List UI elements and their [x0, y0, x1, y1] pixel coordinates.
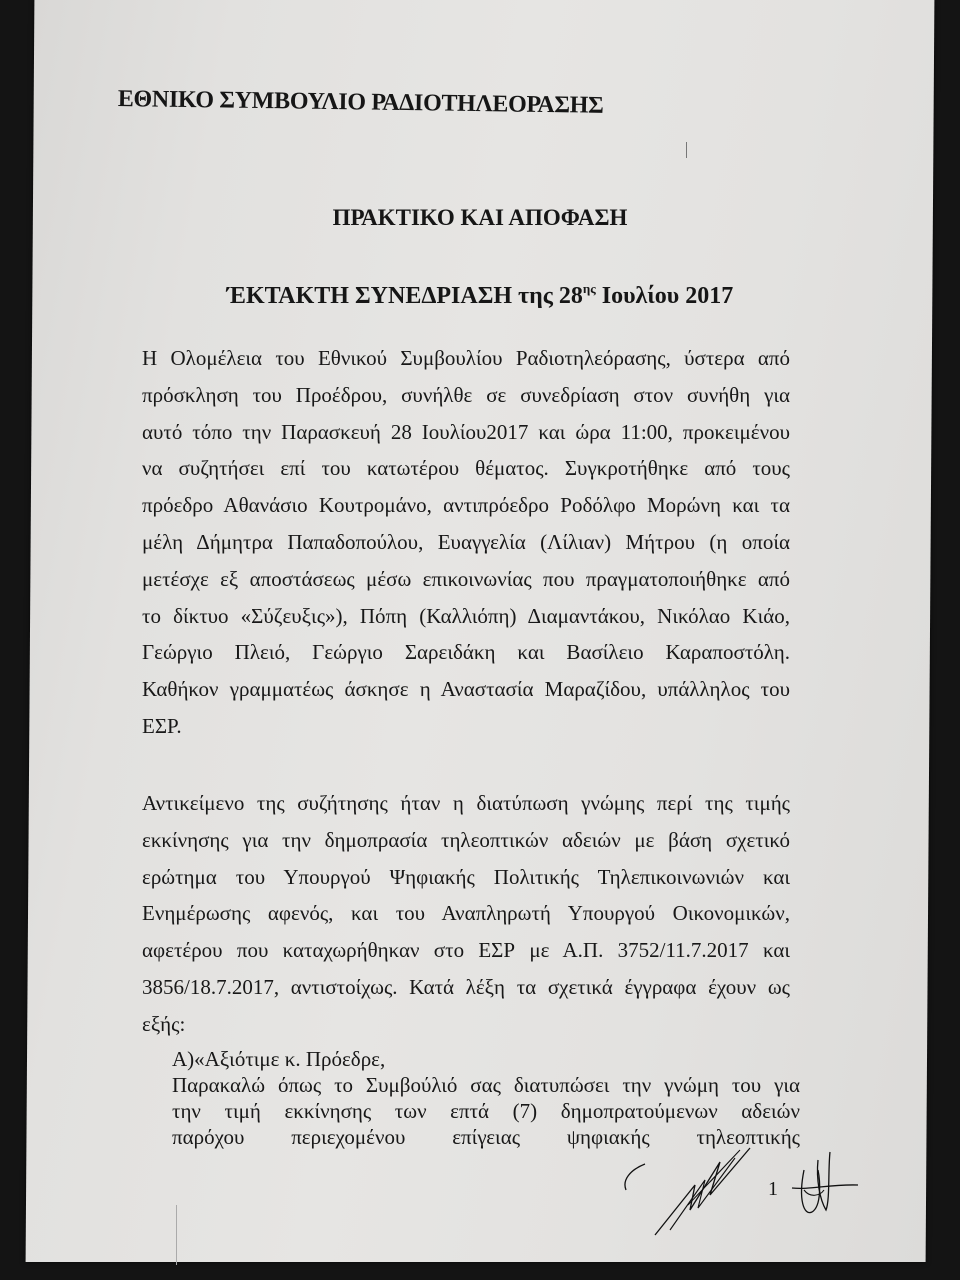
- text-line: Αντικείμενο της συζήτησης ήταν η διατύπω…: [142, 785, 790, 822]
- text-line: Ενημέρωσης αφενός, και του Αναπληρωτή Υπ…: [142, 895, 790, 932]
- text-line: εκκίνησης για την δημοπρασία τηλεοπτικών…: [142, 822, 790, 859]
- margin-mark: [176, 1205, 177, 1265]
- text-line: Α)«Αξιότιμε κ. Πρόεδρε,: [172, 1046, 800, 1072]
- text-line: Καθήκον γραμματέως άσκησε η Αναστασία Μα…: [142, 671, 790, 708]
- text-line: ΕΣΡ.: [142, 708, 790, 745]
- text-line: ερώτημα του Υπουργού Ψηφιακής Πολιτικής …: [142, 859, 790, 896]
- page-number: 1: [768, 1178, 778, 1201]
- text-line: Η Ολομέλεια του Εθνικού Συμβουλίου Ραδιο…: [142, 340, 790, 377]
- paragraph-attendance: Η Ολομέλεια του Εθνικού Συμβουλίου Ραδιο…: [142, 340, 790, 745]
- quoted-letter: Α)«Αξιότιμε κ. Πρόεδρε, Παρακαλώ όπως το…: [172, 1046, 800, 1150]
- text-line: να συζητήσει επί του κατωτέρου θέματος. …: [142, 450, 790, 487]
- text-line: Γεώργιο Πλειό, Γεώργιο Σαρειδάκη και Βασ…: [142, 634, 790, 671]
- session-heading: ΈΚΤΑΚΤΗ ΣΥΝΕΔΡΙΑΣΗ της 28ης Ιουλίου 2017: [0, 281, 960, 310]
- signature-right-icon: [790, 1140, 860, 1220]
- session-date-suffix: Ιουλίου 2017: [596, 283, 733, 309]
- text-line: Παρακαλώ όπως το Συμβούλιό σας διατυπώσε…: [172, 1072, 800, 1098]
- text-line: την τιμή εκκίνησης των επτά (7) δημοπρατ…: [172, 1098, 800, 1124]
- text-line: το δίκτυο «Σύζευξις»), Πόπη (Καλλιόπη) Δ…: [142, 598, 790, 635]
- margin-mark: [686, 142, 687, 158]
- text-line: αφετέρου που καταχωρήθηκαν στο ΕΣΡ με Α.…: [142, 932, 790, 969]
- signature-left-icon: [610, 1140, 760, 1250]
- text-line: 3856/18.7.2017, αντιστοίχως. Κατά λέξη τ…: [142, 969, 790, 1006]
- text-line: μετέσχε εξ αποστάσεως μέσω επικοινωνίας …: [142, 561, 790, 598]
- session-date-prefix: ΈΚΤΑΚΤΗ ΣΥΝΕΔΡΙΑΣΗ της 28: [227, 283, 583, 309]
- ordinal-suffix: ης: [583, 281, 596, 296]
- document-title: ΠΡΑΚΤΙΚΟ ΚΑΙ ΑΠΟΦΑΣΗ: [0, 205, 960, 231]
- text-line: εξής:: [142, 1006, 790, 1043]
- text-line: αυτό τόπο την Παρασκευή 28 Ιουλίου2017 κ…: [142, 414, 790, 451]
- text-line: μέλη Δήμητρα Παπαδοπούλου, Ευαγγελία (Λί…: [142, 524, 790, 561]
- text-line: πρόσκληση του Προέδρου, συνήλθε σε συνεδ…: [142, 377, 790, 414]
- paragraph-subject: Αντικείμενο της συζήτησης ήταν η διατύπω…: [142, 785, 790, 1043]
- text-line: πρόεδρο Αθανάσιο Κουτρομάνο, αντιπρόεδρο…: [142, 487, 790, 524]
